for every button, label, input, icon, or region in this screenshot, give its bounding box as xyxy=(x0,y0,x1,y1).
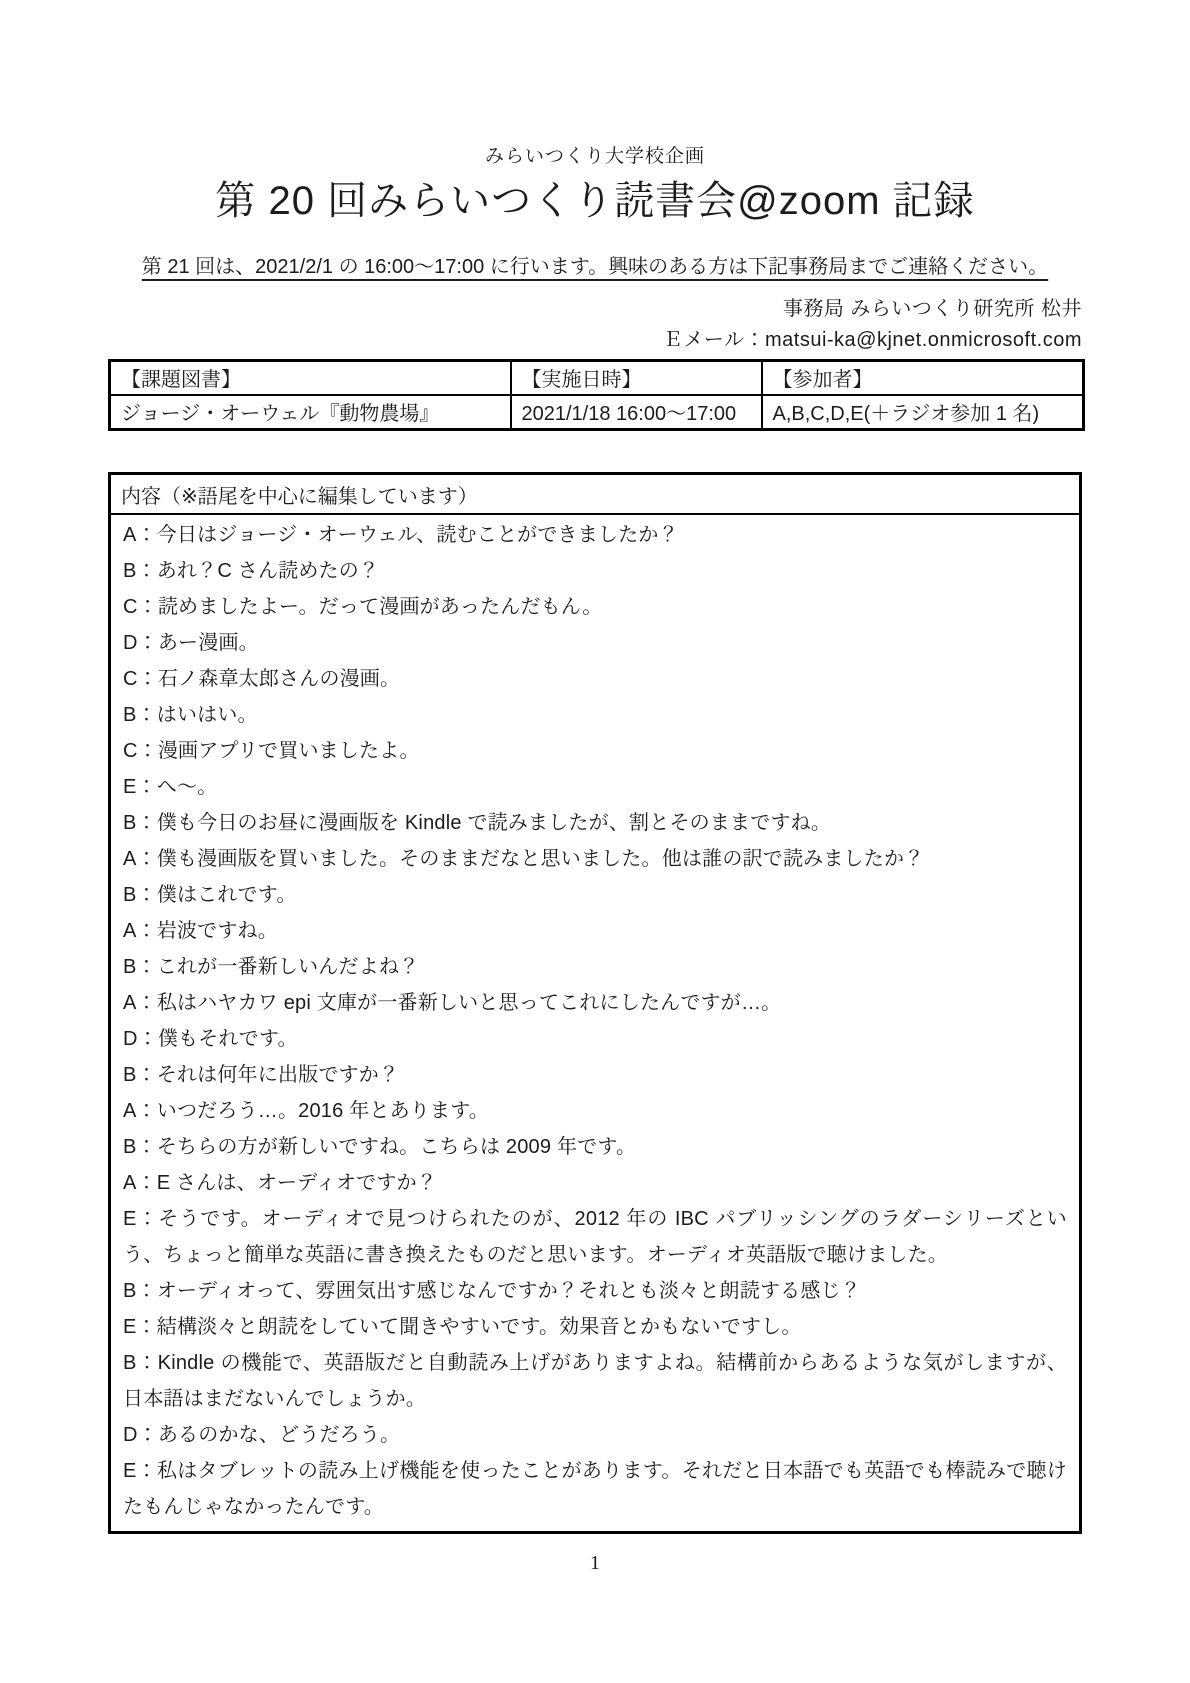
page-number: 1 xyxy=(0,1552,1190,1575)
dialogue-line: D：あるのかな、どうだろう。 xyxy=(123,1417,1067,1453)
dialogue-line: B：オーディオって、雰囲気出す感じなんですか？それとも淡々と朗読する感じ？ xyxy=(123,1273,1067,1309)
dialogue-line: B：僕はこれです。 xyxy=(123,877,1067,913)
dialogue-line: D：僕もそれです。 xyxy=(123,1021,1067,1057)
dialogue-line: E：へ～。 xyxy=(123,769,1067,805)
dialogue-line: C：石ノ森章太郎さんの漫画。 xyxy=(123,661,1067,697)
dialogue-line: E：そうです。オーディオで見つけられたのが、2012 年の IBC パブリッシン… xyxy=(123,1201,1067,1273)
info-datetime-value: 2021/1/18 16:00～17:00 xyxy=(511,395,762,430)
minutes-header: 内容（※語尾を中心に編集しています） xyxy=(111,475,1079,515)
dialogue-line: B：僕も今日のお昼に漫画版を Kindle で読みましたが、割とそのままですね。 xyxy=(123,805,1067,841)
next-session-notice: 第 21 回は、2021/2/1 の 16:00～17:00 に行います。興味の… xyxy=(142,256,1048,278)
organizer-note: みらいつくり大学校企画 xyxy=(0,141,1190,168)
session-info-table: 【課題図書】 【実施日時】 【参加者】 ジョージ・オーウェル『動物農場』 202… xyxy=(108,359,1085,431)
document-page: みらいつくり大学校企画 第 20 回みらいつくり読書会@zoom 記録 第 21… xyxy=(0,0,1190,1683)
dialogue-line: C：読めましたよー。だって漫画があったんだもん。 xyxy=(123,589,1067,625)
dialogue-line: A：いつだろう…。2016 年とあります。 xyxy=(123,1093,1067,1129)
minutes-table: 内容（※語尾を中心に編集しています） A：今日はジョージ・オーウェル、読むことが… xyxy=(108,472,1082,1534)
dialogue-line: E：私はタブレットの読み上げ機能を使ったことがあります。それだと日本語でも英語で… xyxy=(123,1453,1067,1525)
info-participants-value: A,B,C,D,E(＋ラジオ参加 1 名) xyxy=(762,395,1084,430)
dialogue-line: B：これが一番新しいんだよね？ xyxy=(123,949,1067,985)
dialogue-line: A：僕も漫画版を買いました。そのままだなと思いました。他は誰の訳で読みましたか？ xyxy=(123,841,1067,877)
info-header-row: 【課題図書】 【実施日時】 【参加者】 xyxy=(110,361,1084,396)
info-header-datetime: 【実施日時】 xyxy=(511,361,762,396)
info-header-participants: 【参加者】 xyxy=(762,361,1084,396)
dialogue-line: B：はいはい。 xyxy=(123,697,1067,733)
dialogue-line: A：岩波ですね。 xyxy=(123,913,1067,949)
email-contact: Ｅメール：matsui-ka@kjnet.onmicrosoft.com xyxy=(663,323,1082,352)
dialogue-line: B：あれ？C さん読めたの？ xyxy=(123,553,1067,589)
dialogue-line: E：結構淡々と朗読をしていて聞きやすいです。効果音とかもないですし。 xyxy=(123,1309,1067,1345)
dialogue-line: D：あー漫画。 xyxy=(123,625,1067,661)
dialogue-line: A：私はハヤカワ epi 文庫が一番新しいと思ってこれにしたんですが…。 xyxy=(123,985,1067,1021)
dialogue-line: C：漫画アプリで買いましたよ。 xyxy=(123,733,1067,769)
info-book-value: ジョージ・オーウェル『動物農場』 xyxy=(110,395,511,430)
dialogue-line: A：E さんは、オーディオですか？ xyxy=(123,1165,1067,1201)
dialogue-line: B：それは何年に出版ですか？ xyxy=(123,1057,1067,1093)
info-header-book: 【課題図書】 xyxy=(110,361,511,396)
dialogue-line: B：Kindle の機能で、英語版だと自動読み上げがありますよね。結構前からある… xyxy=(123,1345,1067,1417)
dialogue-line: B：そちらの方が新しいですね。こちらは 2009 年です。 xyxy=(123,1129,1067,1165)
dialogue-line: A：今日はジョージ・オーウェル、読むことができましたか？ xyxy=(123,517,1067,553)
dialogue-body: A：今日はジョージ・オーウェル、読むことができましたか？ B：あれ？C さん読め… xyxy=(111,515,1079,1531)
page-title: 第 20 回みらいつくり読書会@zoom 記録 xyxy=(0,168,1190,234)
office-contact: 事務局 みらいつくり研究所 松井 xyxy=(783,292,1082,321)
info-value-row: ジョージ・オーウェル『動物農場』 2021/1/18 16:00～17:00 A… xyxy=(110,395,1084,430)
next-session-notice-row: 第 21 回は、2021/2/1 の 16:00～17:00 に行います。興味の… xyxy=(0,250,1190,279)
